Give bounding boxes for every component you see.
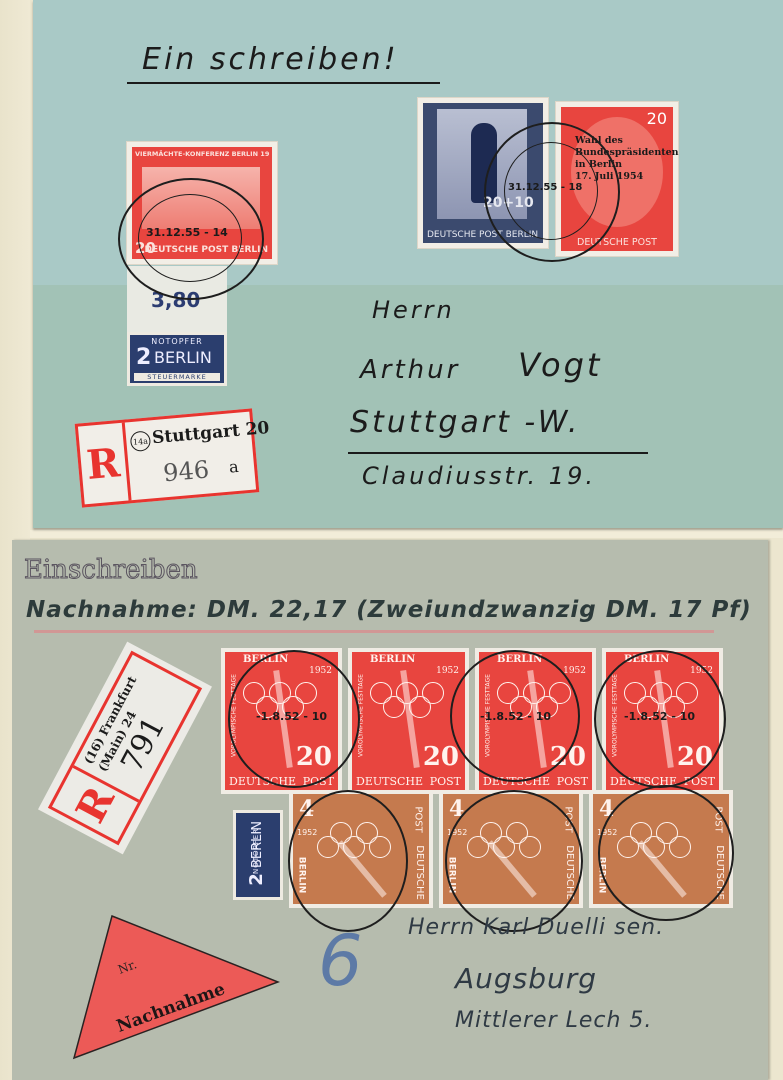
notopfer-berlin-stamp: NOTOPFER 2 BERLIN STEUERMARKE <box>127 332 227 386</box>
office-code-circle: 14a <box>130 430 152 452</box>
address-street: Mittlerer Lech 5. <box>455 1008 652 1033</box>
einschreiben-rubber-stamp: Einschreiben <box>24 555 198 585</box>
stamp-year: 1952 <box>563 666 586 676</box>
address-underline <box>348 452 648 454</box>
postmark-date: -1.8.52 - 10 <box>256 710 327 723</box>
notopfer-word: BERLIN <box>154 348 212 367</box>
notopfer-value: 2 <box>246 873 267 886</box>
stamp-top-text: VIERMÄCHTE-KONFERENZ BERLIN 1954 <box>135 150 269 158</box>
postmark-frankfurt-main-24 <box>288 790 408 932</box>
address-street: Claudiusstr. 19. <box>362 462 596 490</box>
postmark-frankfurt-main-24 <box>598 785 734 921</box>
cod-amount-note: Nachnahme: DM. 22,17 (Zweiundzwanzig DM.… <box>26 597 752 623</box>
address-city: Augsburg <box>455 962 597 995</box>
postmark-date: -1.8.52 - 10 <box>624 710 695 723</box>
registration-label-stuttgart: R 14a Stuttgart 20 946 a <box>75 408 260 507</box>
registration-office: Stuttgart 20 <box>151 418 270 448</box>
album-page-divider <box>30 530 783 538</box>
stamp-bottom-right: POST <box>557 775 588 788</box>
notopfer-value: 2 <box>136 345 151 370</box>
stamp-top-text: BERLIN <box>370 654 415 665</box>
address-last-name: Vogt <box>518 346 602 384</box>
nachnahme-label <box>70 912 280 1062</box>
notopfer-berlin-stamp: NOTOPFER 2 BERLIN <box>233 810 283 900</box>
stamp-year: 1952 <box>436 666 459 676</box>
red-crayon-underline <box>34 630 714 633</box>
address-recipient: Herrn Karl Duelli sen. <box>408 915 664 940</box>
notopfer-word: BERLIN <box>250 821 265 868</box>
stamp-value: 20 <box>647 109 667 128</box>
stamp-value: 20 <box>423 742 459 772</box>
postmark-date: 31.12.55 - 18 <box>508 182 582 193</box>
postmark-date: 31.12.55 - 14 <box>146 226 228 239</box>
registration-suffix: a <box>228 457 239 477</box>
cover-1-heading: Ein schreiben! <box>142 42 399 77</box>
stamp-bottom-right: POST <box>430 775 461 788</box>
address-first-name: Arthur <box>360 355 460 385</box>
address-salutation: Herrn <box>372 296 455 324</box>
stamp-bottom-right: POST <box>412 806 423 832</box>
address-city: Stuttgart -W. <box>350 405 580 440</box>
stamp-bottom-left: DEUTSCHE <box>356 775 423 788</box>
postmark-frankfurt-main-24 <box>445 790 583 932</box>
registration-r-letter: R <box>78 423 132 505</box>
postmark-date: -1.8.52 - 10 <box>480 710 551 723</box>
notopfer-bottom: STEUERMARKE <box>134 373 220 381</box>
registration-number: 946 <box>162 455 210 487</box>
cover-1-heading-underline <box>127 82 440 84</box>
pencil-mark: 6 <box>318 920 366 1002</box>
stamp-bottom-left: DEUTSCHE <box>414 845 425 900</box>
